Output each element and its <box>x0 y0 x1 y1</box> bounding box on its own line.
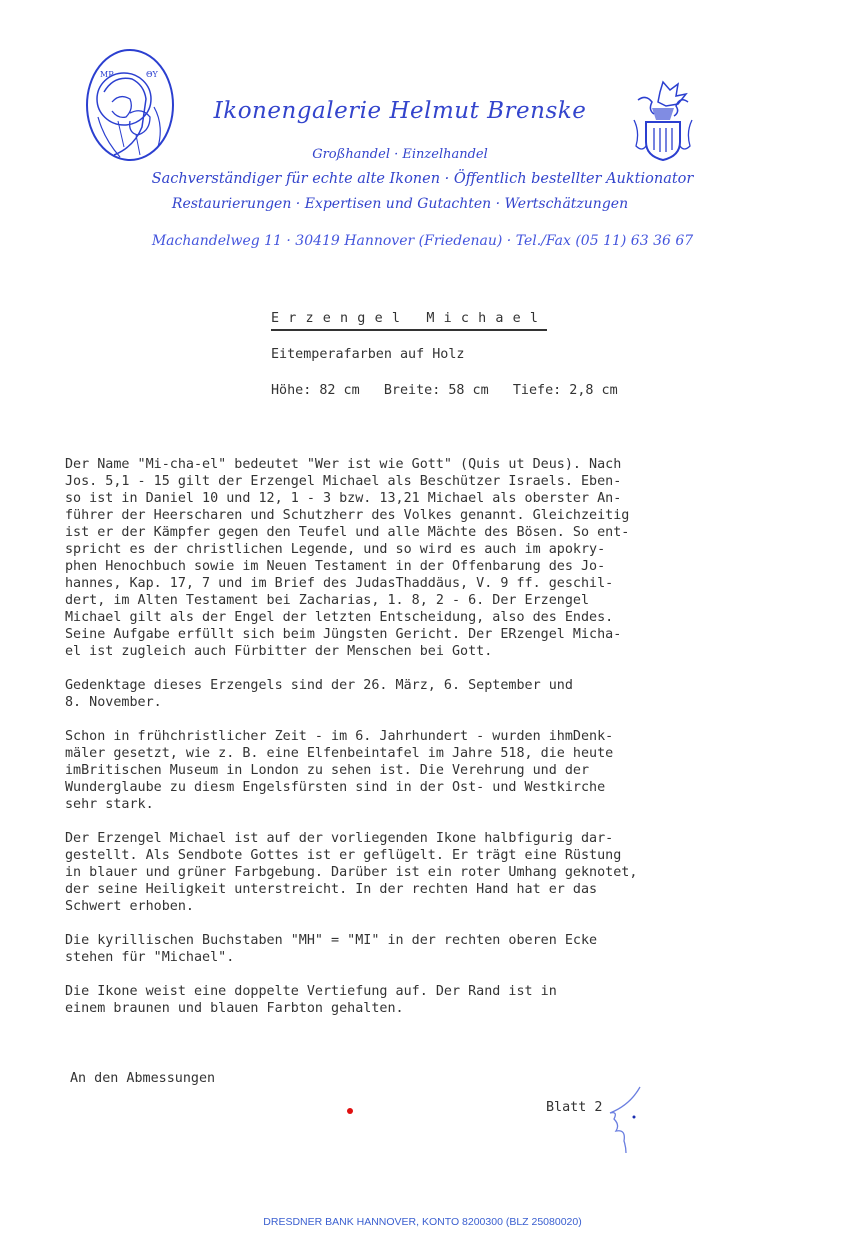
company-name: Ikonengalerie Helmut Brenske <box>50 98 750 124</box>
paragraph: Die Ikone weist eine doppelte Vertiefung… <box>65 983 835 1017</box>
paragraph: Schon in frühchristlicher Zeit - im 6. J… <box>65 728 835 813</box>
medium-line: Eitemperafarben auf Holz <box>271 346 464 363</box>
page-label: Blatt 2 <box>546 1099 602 1116</box>
closing-line: An den Abmessungen <box>70 1070 215 1087</box>
body-text: Der Name "Mi-cha-el" bedeutet "Wer ist w… <box>65 456 835 1034</box>
red-dot-mark <box>347 1108 353 1114</box>
paragraph: Die kyrillischen Buchstaben "MH" = "MI" … <box>65 932 835 966</box>
expert-description: Sachverständiger für echte alte Ikonen ·… <box>50 171 795 187</box>
address-line: Machandelweg 11 · 30419 Hannover (Friede… <box>50 233 795 249</box>
letterhead: ΜΡ ΘΥ Ikonengalerie Helmut Brenske Großh… <box>0 0 845 260</box>
business-type: Großhandel · Einzelhandel <box>50 147 750 162</box>
paragraph: Der Name "Mi-cha-el" bedeutet "Wer ist w… <box>65 456 835 660</box>
paragraph: Gedenktage dieses Erzengels sind der 26.… <box>65 677 835 711</box>
signature-icon <box>600 1085 650 1155</box>
bank-footer: DRESDNER BANK HANNOVER, KONTO 8200300 (B… <box>0 1216 845 1228</box>
dimensions-line: Höhe: 82 cm Breite: 58 cm Tiefe: 2,8 cm <box>271 382 618 399</box>
services-description: Restaurierungen · Expertisen und Gutacht… <box>50 196 750 212</box>
paragraph: Der Erzengel Michael ist auf der vorlieg… <box>65 830 835 915</box>
document-title: Erzengel Michael <box>271 310 547 331</box>
svg-text:ΜΡ: ΜΡ <box>100 70 114 79</box>
svg-text:ΘΥ: ΘΥ <box>146 70 159 79</box>
